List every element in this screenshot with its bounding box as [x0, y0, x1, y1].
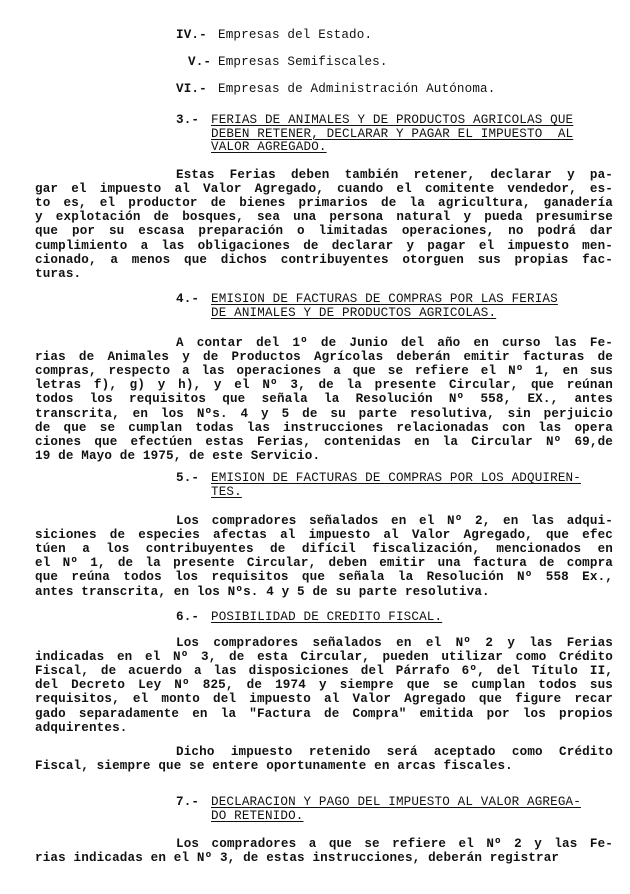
paragraph-line: compras, respecto a las operaciones a qu… [35, 364, 613, 379]
paragraph-line: indicadas en el Nº 3, de esta Circular, … [35, 650, 613, 665]
paragraph-line: Los compradores señalados en el Nº 2 y l… [176, 636, 613, 651]
paragraph-line: gar el impuesto al Valor Agregado, cuand… [35, 182, 613, 197]
paragraph-line: ciones que efectúen estas Ferias, conten… [35, 435, 613, 450]
section-heading: TES. [211, 485, 242, 499]
paragraph-line: gado separadamente en la "Factura de Com… [35, 707, 613, 722]
paragraph-line: y explotación de bosques, sea una person… [35, 210, 613, 225]
section-number: 4.- [176, 292, 199, 306]
paragraph-line: túen a los contribuyentes de difícil fis… [35, 542, 613, 557]
section-heading: DEBEN RETENER, DECLARAR Y PAGAR EL IMPUE… [211, 127, 573, 141]
paragraph-line: Dicho impuesto retenido será aceptado co… [176, 745, 613, 760]
paragraph-line: to es, el productor de bienes primarios … [35, 196, 613, 211]
paragraph-line: Estas Ferias deben también retener, decl… [176, 168, 613, 183]
section-heading: POSIBILIDAD DE CREDITO FISCAL. [211, 610, 442, 624]
paragraph-line: todos los requisitos que señala la Resol… [35, 392, 613, 407]
section-heading: EMISION DE FACTURAS DE COMPRAS POR LAS F… [211, 292, 558, 306]
paragraph-line: rias de Animales y de Productos Agrícola… [35, 350, 613, 365]
paragraph-line: requisitos, el monto del impuesto al Val… [35, 692, 613, 707]
paragraph-line: 19 de Mayo de 1975, de este Servicio. [35, 449, 320, 463]
paragraph-line: antes transcrita, en los Nºs. 4 y 5 de s… [35, 585, 490, 599]
paragraph-line: que reúna todos los requisitos que señal… [35, 570, 613, 585]
list-item-numeral: IV.- [176, 28, 207, 42]
section-number: 5.- [176, 471, 199, 485]
section-number: 7.- [176, 795, 199, 809]
section-number: 6.- [176, 610, 199, 624]
section-heading: VALOR AGREGADO. [211, 140, 327, 154]
paragraph-line: A contar del 1º de Junio del año en curs… [176, 336, 613, 351]
section-heading: FERIAS DE ANIMALES Y DE PRODUCTOS AGRICO… [211, 113, 573, 127]
paragraph-line: que por su escasa preparación o limitada… [35, 224, 613, 239]
paragraph-line: transcrita, en los Nºs. 4 y 5 de su part… [35, 407, 613, 422]
list-item-numeral: VI.- [176, 82, 207, 96]
list-item-text: Empresas Semifiscales. [218, 55, 388, 69]
paragraph-line: el Nº 1, de la presente Circular, deben … [35, 556, 613, 571]
paragraph-line: letras f), g) y h), y el Nº 3, de la pre… [35, 378, 613, 393]
paragraph-line: siciones de especies afectas al impuesto… [35, 528, 613, 543]
paragraph-line: cumplimiento a las obligaciones de decla… [35, 239, 613, 254]
paragraph-line: turas. [35, 267, 81, 281]
paragraph-line: rias indicadas en el Nº 3, de estas inst… [35, 851, 559, 865]
list-item-text: Empresas del Estado. [218, 28, 372, 42]
paragraph-line: Los compradores a que se refiere el Nº 2… [176, 837, 613, 852]
paragraph-line: adquirentes. [35, 721, 128, 735]
list-item-numeral: V.- [188, 55, 211, 69]
paragraph-line: Los compradores señalados en el Nº 2, en… [176, 514, 613, 529]
list-item-text: Empresas de Administración Autónoma. [218, 82, 495, 96]
paragraph-line: del Decreto Ley Nº 825, de 1974 y siempr… [35, 678, 613, 693]
section-heading: DE ANIMALES Y DE PRODUCTOS AGRICOLAS. [211, 306, 496, 320]
section-heading: DO RETENIDO. [211, 809, 304, 823]
paragraph-line: cionado, a menos que dichos contribuyent… [35, 253, 613, 268]
section-number: 3.- [176, 113, 199, 127]
section-heading: EMISION DE FACTURAS DE COMPRAS POR LOS A… [211, 471, 581, 485]
paragraph-line: de que se cumplan todas las instruccione… [35, 421, 613, 436]
section-heading: DECLARACION Y PAGO DEL IMPUESTO AL VALOR… [211, 795, 581, 809]
document-page: IV.-Empresas del Estado.V.-Empresas Semi… [0, 0, 630, 894]
paragraph-line: Fiscal, de acuerdo a las disposiciones d… [35, 664, 613, 679]
paragraph-line: Fiscal, siempre que se entere oportuname… [35, 759, 513, 773]
